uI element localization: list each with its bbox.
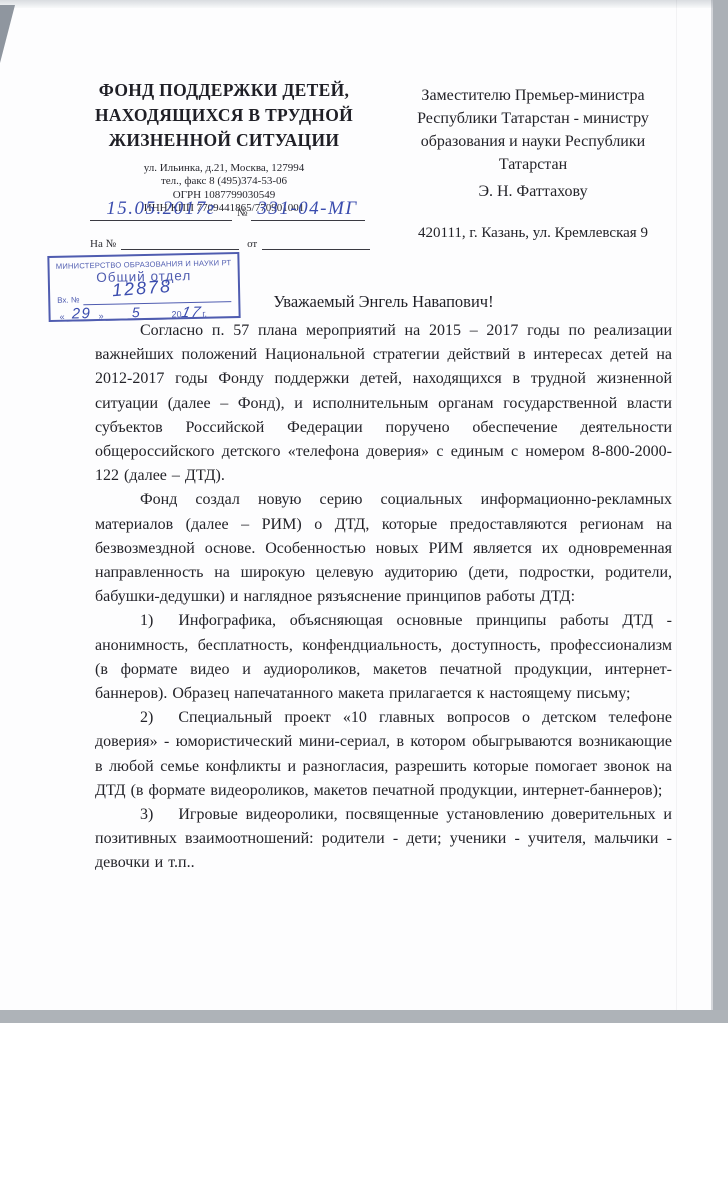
- list-item-number: 2): [140, 709, 153, 726]
- addressee-line: образования и науки Республики: [372, 130, 694, 153]
- page-right-edge: [711, 0, 713, 1010]
- letter-page: ФОНД ПОДДЕРЖКИ ДЕТЕЙ,НАХОДЯЩИХСЯ В ТРУДН…: [0, 0, 713, 1010]
- outgoing-number-handwritten: 331-04-МГ: [251, 198, 365, 221]
- outgoing-date-number-line: 15.05.2017г № 331-04-МГ: [90, 198, 372, 221]
- scanner-background-right: [713, 0, 728, 1023]
- reference-line: На № от: [90, 237, 370, 250]
- number-sign: №: [232, 207, 251, 221]
- ref-na-blank: [121, 237, 239, 250]
- body-paragraph: Согласно п. 57 плана мероприятий на 2015…: [95, 319, 672, 488]
- letter-body: Согласно п. 57 плана мероприятий на 2015…: [95, 319, 672, 876]
- org-address-line: ул. Ильинка, д.21, Москва, 127994: [68, 162, 380, 175]
- outgoing-date-handwritten: 15.05.2017г: [90, 198, 232, 221]
- org-name-line: ФОНД ПОДДЕРЖКИ ДЕТЕЙ,: [68, 78, 380, 103]
- page-top-shadow: [0, 0, 713, 8]
- addressee-line: Татарстан: [372, 153, 694, 176]
- list-item-number: 3): [140, 806, 153, 823]
- body-paragraph: Фонд создал новую серию социальных инфор…: [95, 488, 672, 609]
- addressee-name: Э. Н. Фаттахову: [372, 183, 694, 201]
- ref-ot-label: от: [247, 238, 257, 250]
- stamp-day-handwritten: 29: [66, 307, 96, 322]
- letterhead-org-block: ФОНД ПОДДЕРЖКИ ДЕТЕЙ,НАХОДЯЩИХСЯ В ТРУДН…: [68, 78, 380, 216]
- org-name-line: ЖИЗНЕННОЙ СИТУАЦИИ: [68, 128, 380, 153]
- scanned-letter-view: ФОНД ПОДДЕРЖКИ ДЕТЕЙ,НАХОДЯЩИХСЯ В ТРУДН…: [0, 0, 728, 1200]
- list-item-number: 1): [140, 612, 153, 629]
- org-name-line: НАХОДЯЩИХСЯ В ТРУДНОЙ: [68, 103, 380, 128]
- ref-ot-blank: [262, 237, 370, 250]
- addressee-line: Заместителю Премьер-министра: [372, 84, 694, 107]
- body-paragraph: 1)Инфографика, объясняющая основные прин…: [95, 609, 672, 706]
- body-paragraph: 2)Специальный проект «10 главных вопросо…: [95, 706, 672, 803]
- stamp-incoming-label: Вх. №: [57, 295, 79, 305]
- page-corner-shadow: [0, 5, 15, 63]
- salutation: Уважаемый Энгель Навапович!: [95, 292, 672, 312]
- addressee-block: Заместителю Премьер-министраРеспублики Т…: [372, 84, 694, 176]
- org-name: ФОНД ПОДДЕРЖКИ ДЕТЕЙ,НАХОДЯЩИХСЯ В ТРУДН…: [68, 78, 380, 153]
- scanner-background-bottom: [0, 1010, 728, 1023]
- ref-na-label: На №: [90, 238, 116, 250]
- org-address-line: тел., факс 8 (495)374-53-06: [68, 175, 380, 188]
- body-paragraph: 3)Игровые видеоролики, посвященные устан…: [95, 803, 672, 876]
- addressee-address: 420111, г. Казань, ул. Кремлевская 9: [372, 225, 694, 242]
- addressee-line: Республики Татарстан - министру: [372, 107, 694, 130]
- stamp-open-quote: «: [58, 312, 67, 322]
